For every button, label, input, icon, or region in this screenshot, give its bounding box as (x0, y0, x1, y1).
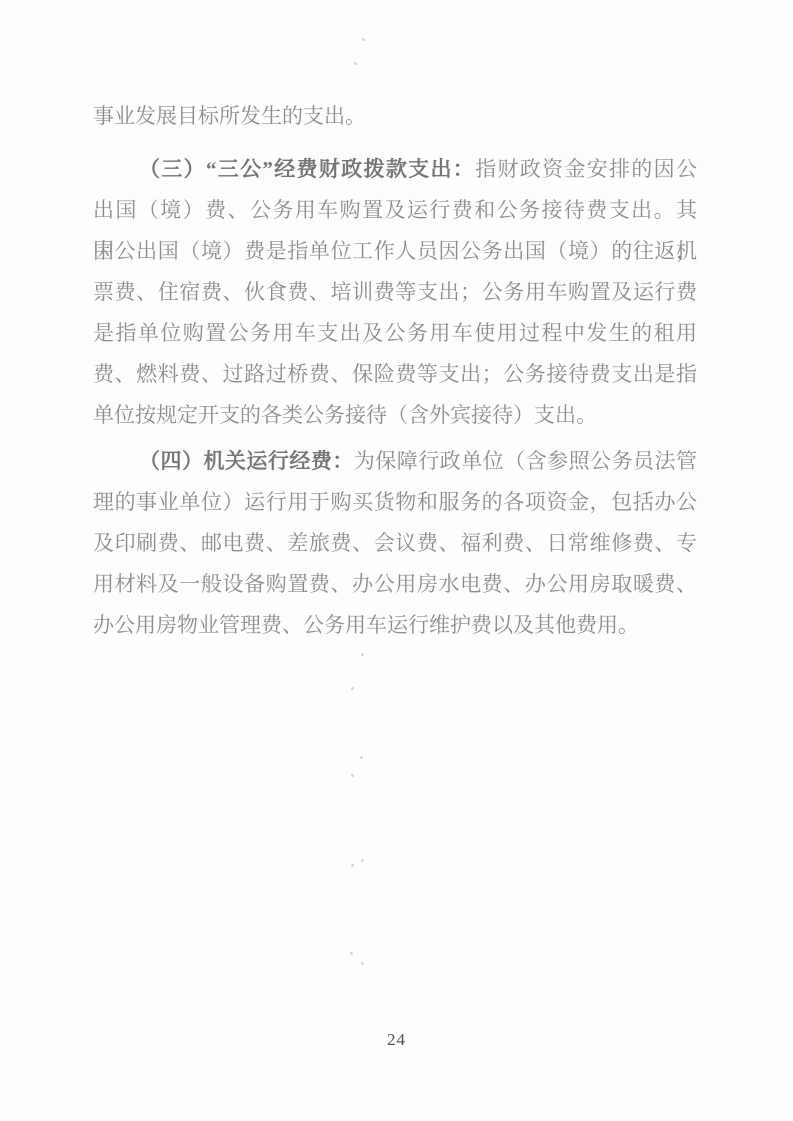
scan-artifact-dot (362, 38, 365, 41)
text-line: （四）机关运行经费：为保障行政单位（含参照公务员法管 (93, 441, 697, 482)
text-run: 指财政资金安排的因公 (475, 157, 697, 181)
scan-artifact-dot (360, 756, 363, 759)
text-run: 为保障行政单位（含参照公务员法管 (354, 449, 697, 473)
text-line: 出国（境）费、公务用车购置及运行费和公务接待费支出。其中， (93, 190, 697, 231)
text-line: 因公出国（境）费是指单位工作人员因公务出国（境）的往返机 (93, 231, 697, 272)
text-line: 是指单位购置公务用车支出及公务用车使用过程中发生的租用 (93, 313, 697, 354)
page-body-text: 事业发展目标所发生的支出。 （三）“三公”经费财政拨款支出：指财政资金安排的因公… (93, 96, 697, 646)
scan-artifact-dot (350, 952, 353, 955)
page-number: 24 (0, 1030, 793, 1050)
scan-artifact-dot (361, 653, 364, 656)
text-line: 及印刷费、邮电费、差旅费、会议费、福利费、日常维修费、专 (93, 523, 697, 564)
scan-artifact-dot (351, 864, 354, 867)
scan-artifact-dot (361, 859, 364, 862)
text-line: 票费、住宿费、伙食费、培训费等支出；公务用车购置及运行费 (93, 272, 697, 313)
paragraph-jiguan-operating-funds: （四）机关运行经费：为保障行政单位（含参照公务员法管 理的事业单位）运行用于购买… (93, 441, 697, 646)
scan-artifact-dot (361, 962, 364, 965)
scan-artifact-dot (351, 687, 354, 690)
paragraph-sangong-expense: （三）“三公”经费财政拨款支出：指财政资金安排的因公 出国（境）费、公务用车购置… (93, 149, 697, 436)
text-line: 理的事业单位）运行用于购买货物和服务的各项资金，包括办公 (93, 482, 697, 523)
document-page: 事业发展目标所发生的支出。 （三）“三公”经费财政拨款支出：指财政资金安排的因公… (0, 0, 793, 1121)
section-heading-sangong: （三）“三公”经费财政拨款支出： (139, 157, 475, 181)
text-line: 办公用房物业管理费、公务用车运行维护费以及其他费用。 (93, 605, 697, 646)
text-line: 单位按规定开支的各类公务接待（含外宾接待）支出。 (93, 395, 697, 436)
paragraph-continuation: 事业发展目标所发生的支出。 (93, 96, 697, 137)
text-line: 事业发展目标所发生的支出。 (93, 96, 697, 137)
text-line: （三）“三公”经费财政拨款支出：指财政资金安排的因公 (93, 149, 697, 190)
scan-artifact-dot (351, 774, 354, 777)
scan-artifact-dot (354, 62, 357, 65)
text-line: 费、燃料费、过路过桥费、保险费等支出；公务接待费支出是指 (93, 354, 697, 395)
section-heading-jiguan: （四）机关运行经费： (139, 449, 354, 473)
text-line: 用材料及一般设备购置费、办公用房水电费、办公用房取暖费、 (93, 564, 697, 605)
